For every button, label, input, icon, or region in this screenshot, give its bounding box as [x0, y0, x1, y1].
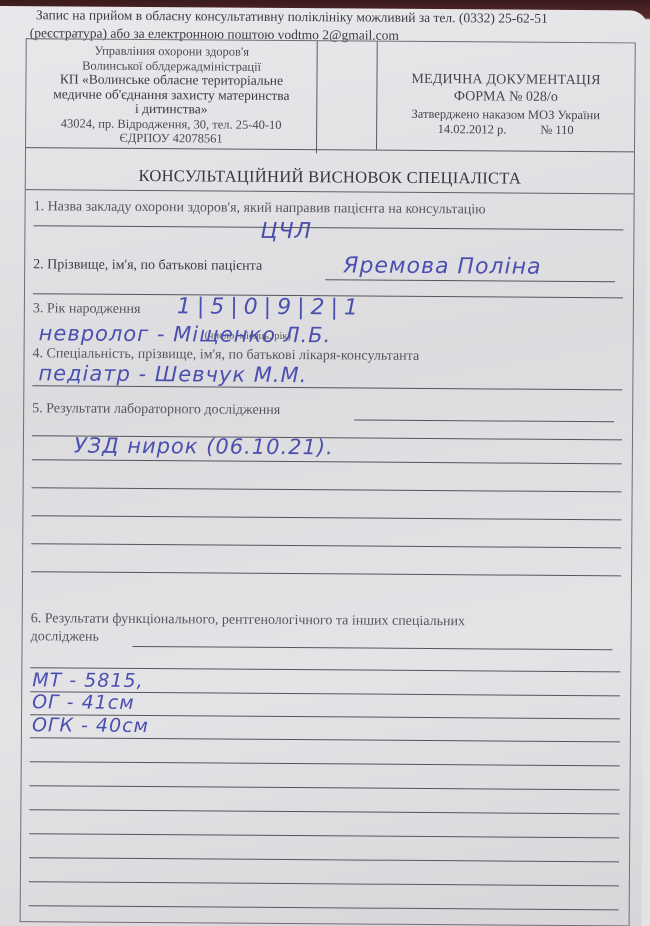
field-3-label: 3. Рік народження	[33, 301, 141, 318]
appointment-notice: Запис на прийом в обласну консультативну…	[30, 6, 640, 10]
blank-rule-1	[32, 487, 622, 492]
field-1-label: 1. Назва закладу охорони здоров'я, який …	[34, 199, 486, 218]
field-4-value-1: невролог - Міщенко Л.Б.	[39, 321, 332, 347]
blank-rule-5	[30, 761, 620, 766]
field-1-value: ЦЧЛ	[260, 219, 312, 244]
paper-sheet: Запис на прийом в обласну консультативну…	[0, 6, 648, 926]
field-2-label: 2. Прізвище, ім'я, по батькові пацієнта	[33, 257, 262, 275]
field-2-value: Яремова Поліна	[343, 253, 541, 279]
field-6-value-2: ОГ - 41см	[32, 691, 135, 714]
blank-rule-4	[31, 571, 621, 576]
institution-edrpou: ЄДРПОУ 42078561	[26, 130, 316, 147]
form-approved-date: 14.02.2012 р.	[438, 122, 507, 136]
notice-line-1: Запис на прийом в обласну консультативну…	[36, 6, 548, 27]
blank-rule-6	[30, 785, 620, 790]
field-3-value: 1|5|0|9|2|1	[177, 294, 364, 320]
institution-address: 43024, пр. Відродження, 30, тел. 25-40-1…	[26, 116, 316, 133]
field-6-label-1: 6. Результати функціонального, рентгенол…	[31, 611, 465, 630]
field-6-rule-a	[133, 646, 613, 650]
institution-block: Управління охорони здоров'я Волинської о…	[26, 39, 318, 153]
blank-rule-8	[29, 833, 619, 838]
field-2-rule-a	[325, 279, 615, 282]
blank-rule-7	[29, 809, 619, 814]
header-spacer-cell	[316, 41, 378, 149]
field-5-label: 5. Результати лабораторного дослідження	[32, 401, 280, 419]
field-6-rule-e	[30, 737, 620, 742]
field-6-value-1: МТ - 5815,	[32, 669, 143, 692]
title-divider	[26, 189, 634, 194]
form-order-number: № 110	[540, 123, 573, 137]
field-5-rule-a	[354, 419, 614, 422]
blank-rule-3	[31, 543, 621, 548]
blank-rule-9	[29, 857, 619, 862]
field-6-label-2: досліджень	[31, 629, 99, 645]
form-approved: Затверджено наказом МОЗ України	[377, 107, 634, 124]
form-frame: Управління охорони здоров'я Волинської о…	[20, 38, 636, 926]
field-6-value-3: ОГК - 40см	[32, 714, 149, 737]
field-1-rule	[33, 225, 623, 230]
blank-rule-11	[29, 905, 619, 910]
form-number: ФОРМА № 028/о	[377, 89, 634, 107]
form-doc-title: МЕДИЧНА ДОКУМЕНТАЦІЯ	[377, 72, 634, 90]
field-4-value-2: педіатр - Шевчук М.М.	[38, 361, 307, 387]
document-title: КОНСУЛЬТАЦІЙНИЙ ВИСНОВОК СПЕЦІАЛІСТА	[26, 165, 634, 189]
blank-rule-2	[31, 515, 621, 520]
blank-rule-10	[29, 881, 619, 886]
field-4-rule	[32, 385, 622, 390]
field-5-rule-c	[32, 459, 622, 464]
field-5-value: УЗД нирок (06.10.21).	[74, 434, 334, 460]
form-info-block: МЕДИЧНА ДОКУМЕНТАЦІЯ ФОРМА № 028/о Затве…	[377, 42, 635, 152]
